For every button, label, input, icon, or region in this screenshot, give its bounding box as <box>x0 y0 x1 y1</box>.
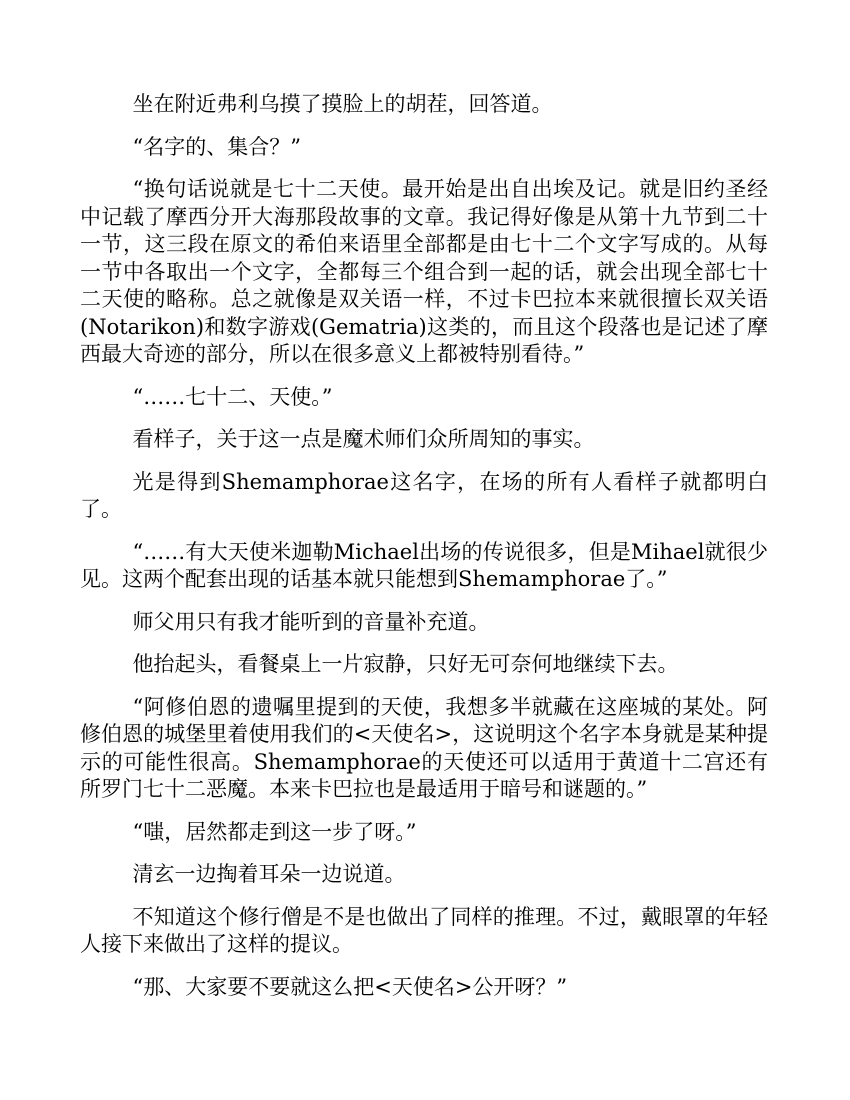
paragraph-narration-7: 不知道这个修行僧是不是也做出了同样的推理。不过，戴眼罩的年轻人接下来做出了这样的… <box>80 904 768 959</box>
paragraph-dialogue-7: “那、大家要不要就这么把<天使名>公开呀？” <box>80 974 768 1002</box>
document-page: 坐在附近弗利乌摸了摸脸上的胡茬，回答道。 “名字的、集合？” “换句话说就是七十… <box>0 0 850 1100</box>
paragraph-dialogue-6: “嗤，居然都走到这一步了呀。” <box>80 819 768 847</box>
paragraph-narration-4: 师父用只有我才能听到的音量补充道。 <box>80 609 768 637</box>
paragraph-narration-3: 光是得到Shemamphorae这名字，在场的所有人看样子就都明白了。 <box>80 469 768 524</box>
paragraph-dialogue-5: “阿修伯恩的遗嘱里提到的天使，我想多半就藏在这座城的某处。阿修伯恩的城堡里着使用… <box>80 694 768 804</box>
paragraph-narration-1: 坐在附近弗利乌摸了摸脸上的胡茬，回答道。 <box>80 91 768 119</box>
paragraph-narration-6: 清玄一边掏着耳朵一边说道。 <box>80 861 768 889</box>
paragraph-dialogue-1: “名字的、集合？” <box>80 134 768 162</box>
paragraph-narration-2: 看样子，关于这一点是魔术师们众所周知的事实。 <box>80 426 768 454</box>
paragraph-dialogue-3: “……七十二、天使。” <box>80 384 768 412</box>
paragraph-dialogue-2: “换句话说就是七十二天使。最开始是出自出埃及记。就是旧约圣经中记载了摩西分开大海… <box>80 176 768 369</box>
paragraph-narration-5: 他抬起头，看餐桌上一片寂静，只好无可奈何地继续下去。 <box>80 651 768 679</box>
paragraph-dialogue-4: “……有大天使米迦勒Michael出场的传说很多，但是Mihael就很少见。这两… <box>80 539 768 594</box>
